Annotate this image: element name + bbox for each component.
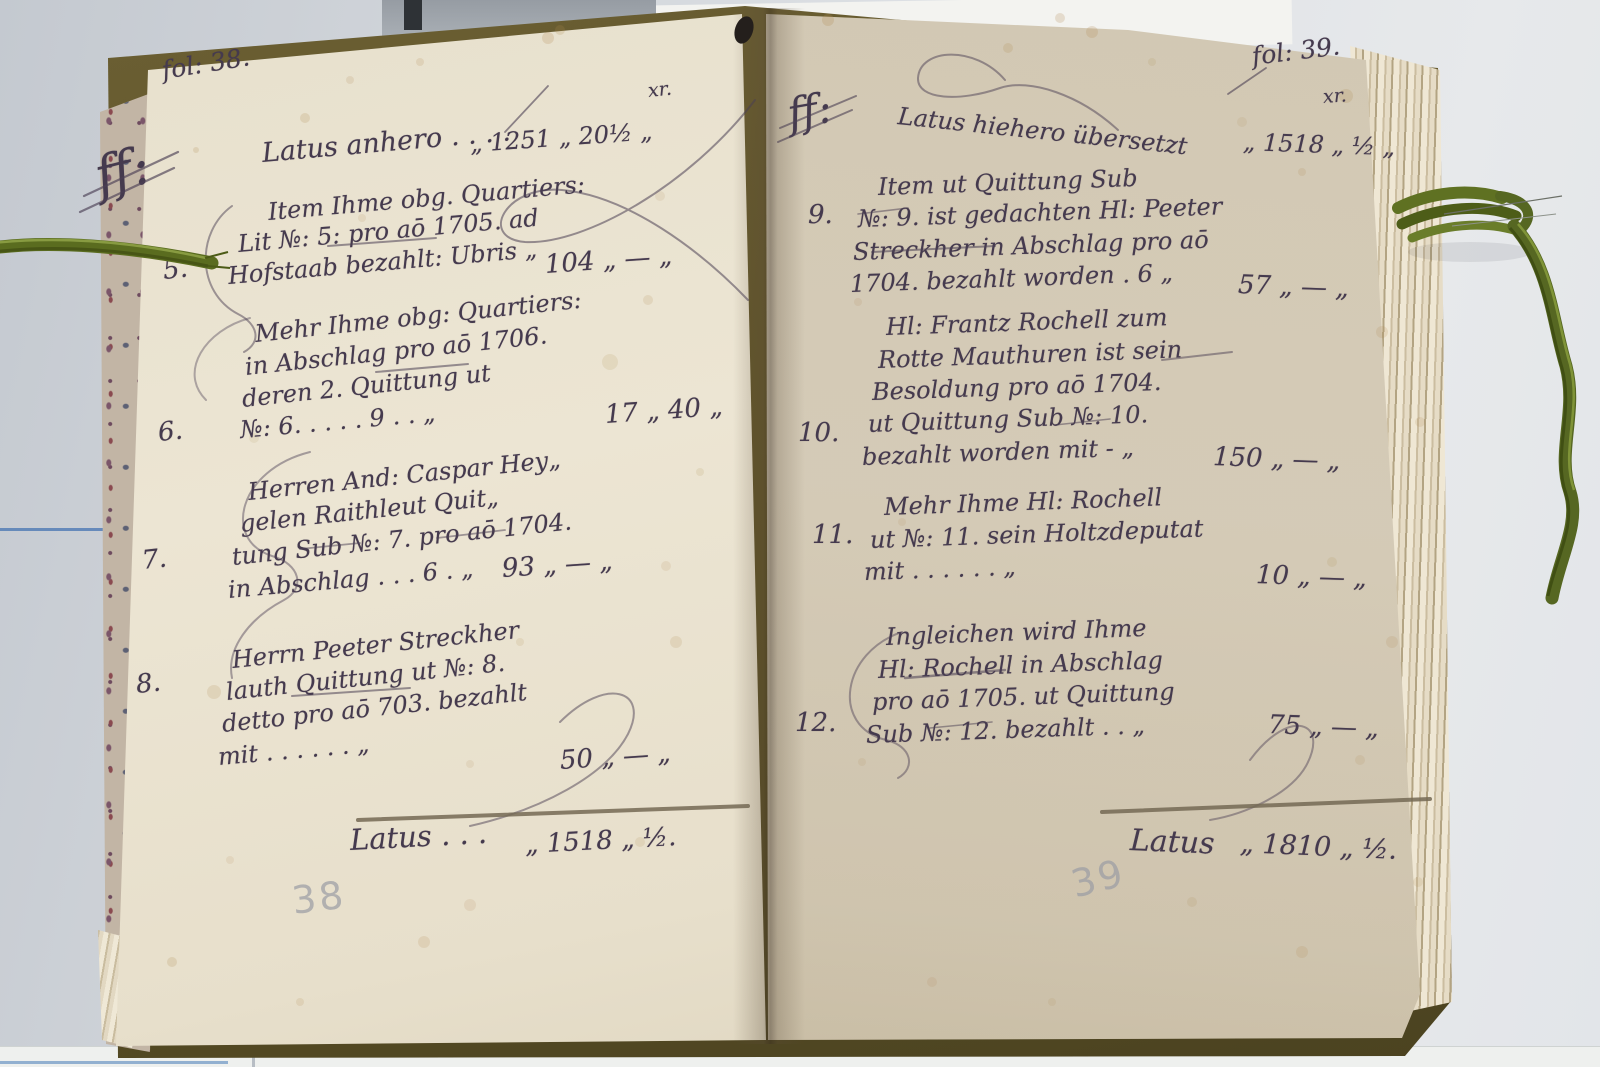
entry-number: 5. [162, 255, 189, 283]
ruled-blue-line [0, 1061, 228, 1064]
latus-sum-label: Latus [1129, 826, 1215, 860]
entry-number: 6. [157, 417, 184, 445]
entry-number: 7. [141, 545, 168, 573]
kreuzer-column-header: xr. [647, 80, 673, 101]
entry-number: 10. [798, 420, 839, 446]
pencil-folio-number: 38 [290, 876, 349, 920]
entry-amount: 10 „ — „ [1256, 562, 1368, 592]
entry-number: 9. [808, 202, 833, 228]
background-dark-bar [404, 0, 422, 30]
book-gutter-shadow [733, 8, 805, 1044]
entry-amount: 150 „ — „ [1213, 444, 1341, 474]
entry-amount: 75 „ — „ [1268, 712, 1380, 742]
latus-carry-amount: „ 1518 „ ½ „ [1243, 130, 1396, 159]
latus-sum-amount: „ 1518 „ ½. [524, 824, 677, 858]
latus-sum-amount: „ 1810 „ ½. [1239, 830, 1397, 864]
photographed-ledger-spread: fol: 38. xr. ff: Latus anhero . . . . „ … [0, 0, 1600, 1067]
entry-line: mit . . . . . . „ [864, 555, 1016, 584]
entry-number: 12. [795, 710, 836, 736]
entry-amount: 57 „ — „ [1238, 272, 1350, 302]
entry-amount: 17 „ 40 „ [604, 394, 723, 428]
latus-sum-label: Latus . . . [349, 819, 487, 855]
entry-number: 8. [135, 669, 162, 697]
kreuzer-column-header: xr. [1322, 86, 1347, 107]
paragraph-mark: ff: [784, 87, 835, 136]
entry-amount: 93 „ — „ [501, 548, 613, 582]
entry-number: 11. [812, 522, 853, 548]
entry-amount: 50 „ — „ [559, 740, 671, 774]
